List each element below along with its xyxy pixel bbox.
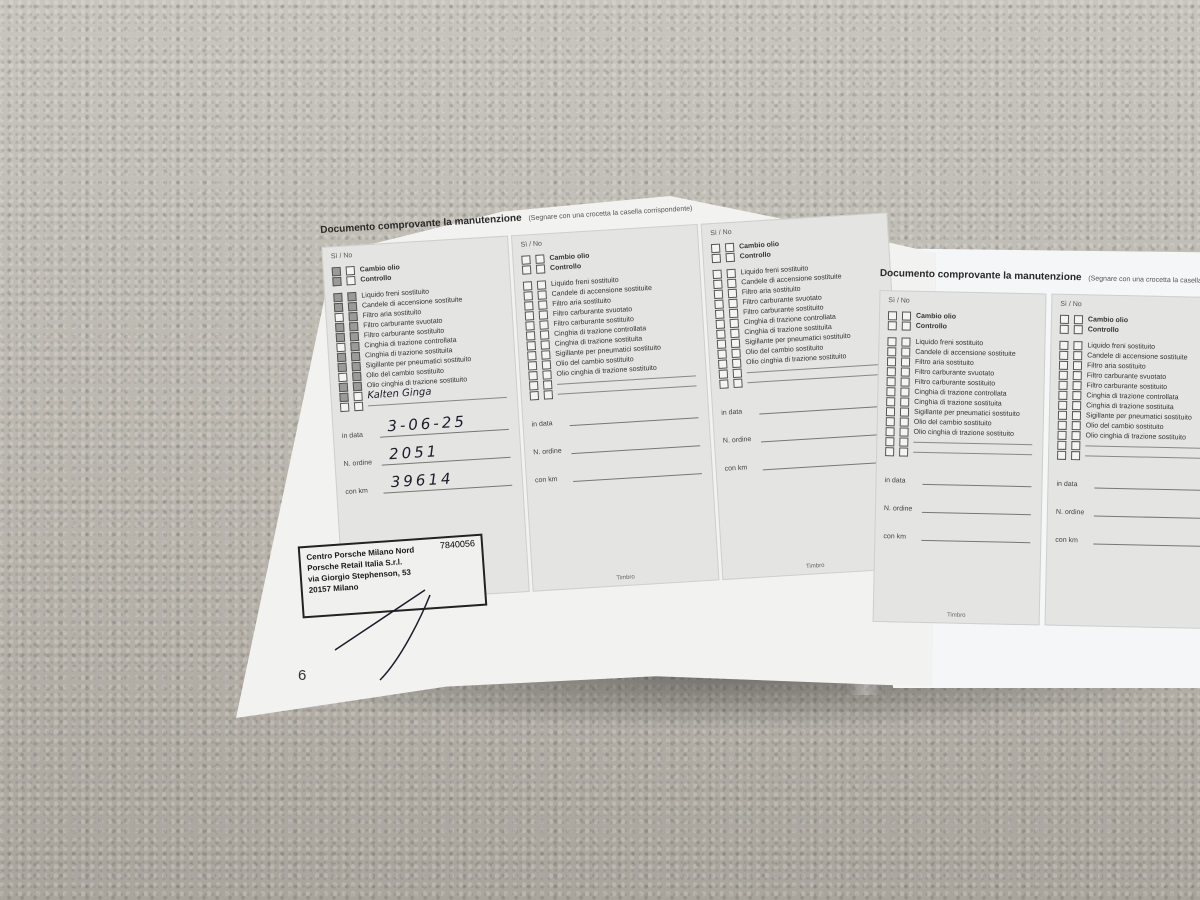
- item-label: Olio cinghia di trazione sostituito: [914, 428, 1015, 437]
- checkbox[interactable]: [902, 311, 911, 320]
- section-note: (Segnare con una crocetta la casella cor…: [1088, 275, 1200, 285]
- checkbox-no[interactable]: [900, 387, 909, 396]
- item-label: Liquido freni sostituito: [1087, 342, 1155, 350]
- checkbox[interactable]: [522, 265, 532, 275]
- item-label: Controllo: [550, 263, 581, 272]
- checkbox-no[interactable]: [1072, 391, 1081, 400]
- signature-icon: [330, 580, 450, 690]
- checkbox-no[interactable]: [1072, 421, 1081, 430]
- checkbox-no[interactable]: [1073, 371, 1082, 380]
- item-label: Filtro aria sostituito: [1087, 362, 1146, 370]
- checkbox-yes[interactable]: [337, 352, 347, 362]
- item-label: Sigillante per pneumatici sostituito: [914, 408, 1020, 417]
- date-label: in data: [531, 419, 569, 428]
- checkbox[interactable]: [535, 254, 545, 264]
- checkbox-yes[interactable]: [1059, 360, 1068, 369]
- checkbox-yes[interactable]: [338, 372, 348, 382]
- checkbox[interactable]: [711, 243, 721, 253]
- checkbox-yes[interactable]: [1059, 350, 1068, 359]
- checkbox[interactable]: [543, 380, 553, 390]
- item-label: Cinghia di trazione sostituita: [1086, 402, 1174, 411]
- checkbox-yes[interactable]: [339, 382, 349, 392]
- checkbox[interactable]: [340, 402, 350, 412]
- item-label: Controllo: [360, 274, 391, 283]
- checkbox-yes[interactable]: [712, 269, 722, 279]
- checkbox-no[interactable]: [731, 348, 741, 358]
- checkbox-no[interactable]: [537, 280, 547, 290]
- km-label: con km: [535, 475, 573, 484]
- item-label: Olio del cambio sostituito: [914, 418, 992, 427]
- date-label: in data: [342, 431, 380, 440]
- handwritten-order-number: 2051: [389, 442, 440, 463]
- item-label: Cinghia di trazione sostituita: [914, 398, 1002, 407]
- checkbox[interactable]: [353, 391, 363, 401]
- checkbox-yes[interactable]: [887, 377, 896, 386]
- checkbox-yes[interactable]: [1058, 380, 1067, 389]
- checkbox-yes[interactable]: [526, 341, 536, 351]
- checkbox-yes[interactable]: [1058, 390, 1067, 399]
- checkbox-no[interactable]: [901, 337, 910, 346]
- checkbox-no[interactable]: [353, 381, 363, 391]
- item-label: Filtro carburante sostituito: [1087, 382, 1168, 391]
- checkbox[interactable]: [1057, 450, 1066, 459]
- checkbox-yes[interactable]: [713, 279, 723, 289]
- checkbox-yes[interactable]: [1058, 420, 1067, 429]
- checkbox-no[interactable]: [729, 308, 739, 318]
- checkbox-no[interactable]: [539, 320, 549, 330]
- checkbox-yes[interactable]: [715, 309, 725, 319]
- checkbox[interactable]: [339, 392, 349, 402]
- checkbox-yes[interactable]: [1058, 400, 1067, 409]
- item-label: Controllo: [916, 322, 947, 330]
- checkbox-yes[interactable]: [717, 349, 727, 359]
- item-label: Filtro carburante svuotato: [915, 368, 995, 377]
- checkbox-no[interactable]: [901, 367, 910, 376]
- checkbox-no[interactable]: [542, 370, 552, 380]
- checkbox[interactable]: [530, 390, 540, 400]
- checkbox[interactable]: [332, 276, 342, 286]
- checkbox[interactable]: [1060, 324, 1069, 333]
- item-label: Liquido freni sostituito: [915, 338, 983, 346]
- maintenance-form-right: Documento comprovante la manutenzione (S…: [872, 268, 1199, 635]
- checkbox-yes[interactable]: [885, 427, 894, 436]
- checkbox[interactable]: [902, 321, 911, 330]
- checkbox-no[interactable]: [726, 268, 736, 278]
- checkbox[interactable]: [719, 379, 729, 389]
- checkbox-no[interactable]: [901, 357, 910, 366]
- checkbox-no[interactable]: [347, 291, 357, 301]
- km-label: con km: [1055, 537, 1093, 545]
- item-label: Cinghia di trazione controllata: [914, 388, 1006, 397]
- checkbox[interactable]: [733, 378, 743, 388]
- item-label: Cambio olio: [916, 312, 956, 320]
- checkbox[interactable]: [543, 390, 553, 400]
- checkbox-no[interactable]: [1073, 351, 1082, 360]
- checkbox-no[interactable]: [731, 338, 741, 348]
- checkbox-no[interactable]: [1071, 431, 1080, 440]
- checkbox-yes[interactable]: [525, 321, 535, 331]
- checkbox-yes[interactable]: [524, 301, 534, 311]
- page-number: 6: [298, 667, 306, 684]
- checkbox[interactable]: [1074, 315, 1083, 324]
- item-label: Filtro aria sostituito: [915, 358, 974, 366]
- checkbox-yes[interactable]: [886, 387, 895, 396]
- checkbox-no[interactable]: [728, 298, 738, 308]
- order-label: N. ordine: [723, 435, 761, 444]
- checkbox-no[interactable]: [1072, 411, 1081, 420]
- checkbox-yes[interactable]: [1058, 410, 1067, 419]
- section-title-text: Documento comprovante la manutenzione: [320, 213, 522, 236]
- checkbox-no[interactable]: [542, 360, 552, 370]
- item-label: Cambio olio: [1088, 316, 1128, 324]
- checklist: Liquido freni sostituitoCandele di accen…: [1049, 340, 1200, 443]
- checkbox[interactable]: [885, 437, 894, 446]
- checkbox-yes[interactable]: [526, 331, 536, 341]
- checkbox[interactable]: [521, 255, 531, 265]
- handwritten-km: 39614: [390, 469, 454, 491]
- checkbox-yes[interactable]: [527, 351, 537, 361]
- item-label: Candele di accensione sostituite: [915, 348, 1016, 357]
- checkbox-no[interactable]: [351, 351, 361, 361]
- checkbox-no[interactable]: [728, 288, 738, 298]
- checkbox-yes[interactable]: [1059, 340, 1068, 349]
- checklist: Liquido freni sostituitoCandele di accen…: [325, 282, 516, 393]
- checkbox-no[interactable]: [541, 350, 551, 360]
- checklist: Liquido freni sostituitoCandele di accen…: [704, 258, 895, 369]
- checkbox-no[interactable]: [539, 310, 549, 320]
- km-label: con km: [883, 533, 921, 541]
- stamp-label: Timbro: [533, 569, 718, 586]
- checkbox-yes[interactable]: [887, 357, 896, 366]
- checkbox[interactable]: [346, 275, 356, 285]
- checkbox[interactable]: [888, 321, 897, 330]
- checkbox-no[interactable]: [730, 328, 740, 338]
- checkbox-yes[interactable]: [335, 322, 345, 332]
- yes-no-label: Sì / No: [888, 297, 1045, 307]
- item-label: Olio del cambio sostituito: [1086, 422, 1164, 431]
- order-label: N. ordine: [343, 459, 381, 468]
- checkbox-yes[interactable]: [528, 361, 538, 371]
- checkbox-no[interactable]: [732, 358, 742, 368]
- entry-column-4: Sì / No Cambio olio Controllo Liquido fr…: [873, 290, 1047, 625]
- checkbox[interactable]: [346, 265, 356, 275]
- checkbox[interactable]: [332, 266, 342, 276]
- item-label: Controllo: [1088, 326, 1119, 334]
- checkbox[interactable]: [1057, 440, 1066, 449]
- checkbox-no[interactable]: [537, 290, 547, 300]
- checkbox[interactable]: [899, 437, 908, 446]
- checkbox-yes[interactable]: [333, 292, 343, 302]
- checkbox-no[interactable]: [538, 300, 548, 310]
- checkbox[interactable]: [1060, 314, 1069, 323]
- checkbox-no[interactable]: [729, 318, 739, 328]
- item-label: Filtro carburante sostituito: [915, 378, 996, 387]
- checkbox-no[interactable]: [900, 407, 909, 416]
- checkbox-yes[interactable]: [718, 359, 728, 369]
- checkbox-yes[interactable]: [714, 299, 724, 309]
- checkbox-no[interactable]: [1073, 361, 1082, 370]
- checkbox[interactable]: [719, 369, 729, 379]
- checkbox-yes[interactable]: [886, 397, 895, 406]
- checkbox-no[interactable]: [1073, 341, 1082, 350]
- checkbox-no[interactable]: [1072, 401, 1081, 410]
- checkbox-yes[interactable]: [714, 289, 724, 299]
- entry-column-5: Sì / No Cambio olio Controllo Liquido fr…: [1045, 294, 1200, 629]
- checkbox-no[interactable]: [350, 331, 360, 341]
- checkbox[interactable]: [1071, 451, 1080, 460]
- handwritten-date: 3-06-25: [387, 412, 467, 435]
- checkbox-yes[interactable]: [1057, 430, 1066, 439]
- checkbox[interactable]: [1071, 441, 1080, 450]
- checkbox-yes[interactable]: [334, 302, 344, 312]
- checkbox[interactable]: [888, 311, 897, 320]
- checkbox-no[interactable]: [351, 361, 361, 371]
- checkbox-yes[interactable]: [1059, 370, 1068, 379]
- checklist: Liquido freni sostituitoCandele di accen…: [515, 270, 706, 381]
- item-label: Filtro carburante svuotato: [1087, 372, 1167, 381]
- item-label: Cinghia di trazione controllata: [1086, 392, 1178, 401]
- yes-no-label: Sì / No: [1060, 301, 1200, 311]
- checkbox-yes[interactable]: [336, 332, 346, 342]
- entry-column-2: Sì / No Cambio olio Controllo Liquido fr…: [511, 224, 719, 592]
- km-label: con km: [345, 487, 383, 496]
- checkbox[interactable]: [711, 253, 721, 263]
- item-label: Olio cinghia di trazione sostituito: [1085, 432, 1186, 441]
- checkbox-no[interactable]: [348, 311, 358, 321]
- checkbox-yes[interactable]: [886, 417, 895, 426]
- checkbox-yes[interactable]: [523, 281, 533, 291]
- checkbox-no[interactable]: [901, 347, 910, 356]
- checkbox-yes[interactable]: [337, 362, 347, 372]
- checkbox-no[interactable]: [727, 278, 737, 288]
- checkbox[interactable]: [733, 368, 743, 378]
- checkbox-yes[interactable]: [887, 367, 896, 376]
- checkbox-yes[interactable]: [336, 342, 346, 352]
- checkbox[interactable]: [899, 447, 908, 456]
- stamp-label: Timbro: [874, 611, 1039, 620]
- checkbox-no[interactable]: [899, 427, 908, 436]
- checkbox-no[interactable]: [540, 330, 550, 340]
- checkbox-no[interactable]: [901, 377, 910, 386]
- checkbox[interactable]: [536, 264, 546, 274]
- date-label: in data: [1056, 481, 1094, 489]
- checkbox-yes[interactable]: [525, 311, 535, 321]
- checkbox-no[interactable]: [349, 321, 359, 331]
- checkbox[interactable]: [725, 242, 735, 252]
- checklist: Liquido freni sostituitoCandele di accen…: [877, 336, 1044, 439]
- checkbox-no[interactable]: [900, 397, 909, 406]
- checkbox[interactable]: [725, 252, 735, 262]
- checkbox-yes[interactable]: [523, 291, 533, 301]
- km-label: con km: [724, 463, 762, 472]
- date-label: in data: [721, 408, 759, 417]
- checkbox-no[interactable]: [350, 341, 360, 351]
- checkbox-yes[interactable]: [716, 319, 726, 329]
- order-label: N. ordine: [884, 505, 922, 513]
- checkbox-yes[interactable]: [334, 312, 344, 322]
- item-label: Sigillante per pneumatici sostituito: [1086, 412, 1192, 421]
- checkbox-yes[interactable]: [887, 337, 896, 346]
- item-label: Controllo: [739, 251, 770, 260]
- checkbox-yes[interactable]: [528, 371, 538, 381]
- checkbox[interactable]: [885, 447, 894, 456]
- checkbox-no[interactable]: [352, 371, 362, 381]
- checkbox[interactable]: [529, 380, 539, 390]
- checkbox-yes[interactable]: [716, 329, 726, 339]
- date-label: in data: [884, 477, 922, 485]
- checkbox-no[interactable]: [900, 417, 909, 426]
- checkbox-yes[interactable]: [886, 407, 895, 416]
- checkbox-no[interactable]: [540, 340, 550, 350]
- order-label: N. ordine: [533, 447, 571, 456]
- checkbox-no[interactable]: [348, 301, 358, 311]
- checkbox-no[interactable]: [1072, 381, 1081, 390]
- item-label: Candele di accensione sostituite: [1087, 352, 1188, 361]
- checkbox-yes[interactable]: [717, 339, 727, 349]
- checkbox[interactable]: [354, 401, 364, 411]
- checkbox[interactable]: [1074, 325, 1083, 334]
- order-label: N. ordine: [1056, 509, 1094, 517]
- checkbox-yes[interactable]: [887, 347, 896, 356]
